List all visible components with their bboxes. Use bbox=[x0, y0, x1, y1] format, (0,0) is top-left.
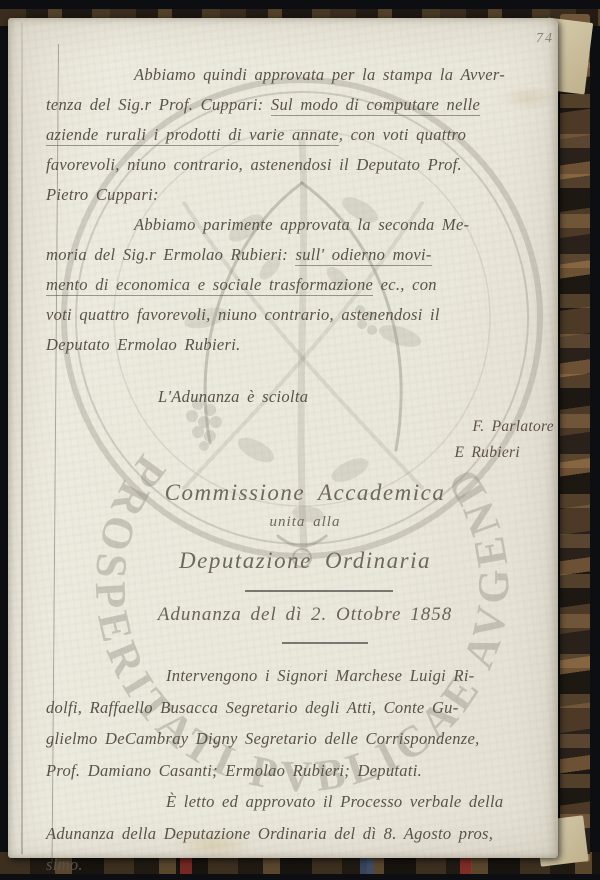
manuscript-line: glielmo DeCambray Digny Segretario delle… bbox=[46, 723, 564, 755]
manuscript-line: Deputato Ermolao Rubieri. bbox=[46, 330, 564, 360]
closing-line: L'Adunanza è sciolta bbox=[46, 382, 564, 412]
manuscript-line: Adunanza della Deputazione Ordinaria del… bbox=[46, 818, 564, 850]
manuscript-line: Abbiamo quindi approvata per la stampa l… bbox=[46, 60, 564, 90]
manuscript-line: Pietro Cuppari: bbox=[46, 180, 564, 210]
page-number: 74 bbox=[536, 31, 554, 47]
session-date: Adunanza del dì 2. Ottobre 1858 bbox=[46, 600, 564, 630]
manuscript-line: simo. bbox=[46, 849, 564, 880]
manuscript-line: Intervengono i Signori Marchese Luigi Ri… bbox=[46, 660, 564, 692]
manuscript-line: È letto ed approvato il Processo verbale… bbox=[46, 786, 564, 818]
divider-rule bbox=[46, 642, 564, 644]
manuscript-line: tenza del Sig.r Prof. Cuppari: Sul modo … bbox=[46, 90, 564, 120]
manuscript-text: Abbiamo quindi approvata per la stampa l… bbox=[46, 60, 564, 880]
signature-parlatore: F. Parlatore bbox=[46, 414, 564, 440]
manuscript-line: voti quattro favorevoli, niuno contrario… bbox=[46, 300, 564, 330]
marbled-edge-right bbox=[560, 14, 590, 862]
heading-deputazione: Deputazione Ordinaria bbox=[46, 544, 564, 578]
manuscript-line: aziende rurali i prodotti di varie annat… bbox=[46, 120, 564, 150]
manuscript-line: dolfi, Raffaello Busacca Segretario degl… bbox=[46, 692, 564, 724]
manuscript-line: Prof. Damiano Casanti; Ermolao Rubieri; … bbox=[46, 755, 564, 787]
heading-unita-alla: unita alla bbox=[46, 510, 564, 534]
manuscript-line: Abbiamo parimente approvata la seconda M… bbox=[46, 210, 564, 240]
manuscript-line: mento di economica e sociale trasformazi… bbox=[46, 270, 564, 300]
signature-rubieri: E Rubieri bbox=[46, 440, 564, 466]
heading-commissione: Commissione Accademica bbox=[46, 476, 564, 510]
manuscript-line: favorevoli, niuno contrario, astenendosi… bbox=[46, 150, 564, 180]
divider-rule bbox=[46, 590, 564, 592]
scanned-manuscript-photo: { "page_number": "74", "seal": { "motto"… bbox=[0, 0, 600, 880]
manuscript-line: moria del Sig.r Ermolao Rubieri: sull' o… bbox=[46, 240, 564, 270]
manuscript-page: PROSPERITATI PVBLICAE AVGENDAE bbox=[8, 18, 558, 858]
